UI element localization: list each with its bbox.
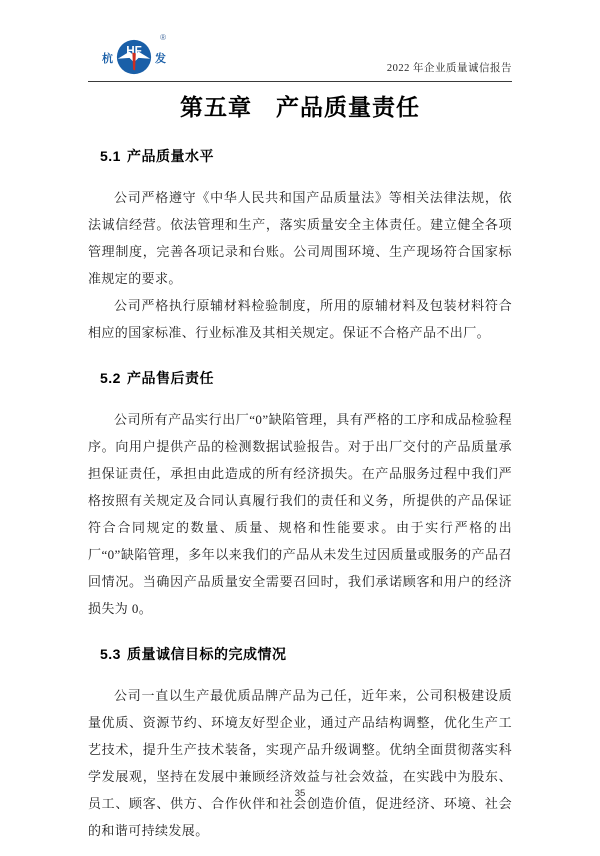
chapter-title: 第五章 产品质量责任 [88, 92, 512, 124]
section-title: 产品售后责任 [127, 370, 214, 386]
section-5-3: 5.3质量诚信目标的完成情况 公司一直以生产最优质品牌产品为己任，近年来，公司积… [88, 644, 512, 844]
paragraph: 公司所有产品实行出厂“0”缺陷管理，具有严格的工序和成品检验程序。向用户提供产品… [88, 406, 512, 622]
section-5-1-body: 公司严格遵守《中华人民共和国产品质量法》等相关法律法规，依法诚信经营。依法管理和… [88, 184, 512, 346]
section-title: 质量诚信目标的完成情况 [127, 646, 287, 662]
section-5-2-heading: 5.2产品售后责任 [100, 368, 512, 388]
report-title: 2022 年企业质量诚信报告 [387, 60, 512, 77]
company-logo: 杭 HF ® 发 [102, 39, 166, 77]
section-number: 5.2 [100, 370, 121, 386]
paragraph: 公司严格执行原辅材料检验制度，所用的原辅材料及包装材料符合相应的国家标准、行业标… [88, 292, 512, 346]
section-5-2: 5.2产品售后责任 公司所有产品实行出厂“0”缺陷管理，具有严格的工序和成品检验… [88, 368, 512, 622]
section-number: 5.3 [100, 646, 121, 662]
hf-emblem-icon: HF ® [116, 39, 152, 77]
logo-left-char: 杭 [102, 50, 113, 66]
section-5-2-body: 公司所有产品实行出厂“0”缺陷管理，具有严格的工序和成品检验程序。向用户提供产品… [88, 406, 512, 622]
section-number: 5.1 [100, 148, 121, 164]
section-5-3-heading: 5.3质量诚信目标的完成情况 [100, 644, 512, 664]
registered-mark: ® [160, 33, 166, 42]
section-5-1-heading: 5.1产品质量水平 [100, 146, 512, 166]
page-header: 杭 HF ® 发 2022 年企业质量诚信报告 [88, 0, 512, 82]
report-page: 杭 HF ® 发 2022 年企业质量诚信报告 第五章 产品质量责任 5.1产品… [0, 0, 600, 856]
hf-emblem-svg: HF [116, 39, 152, 75]
section-5-1: 5.1产品质量水平 公司严格遵守《中华人民共和国产品质量法》等相关法律法规，依法… [88, 146, 512, 346]
logo-right-char: 发 [155, 50, 166, 66]
paragraph: 公司严格遵守《中华人民共和国产品质量法》等相关法律法规，依法诚信经营。依法管理和… [88, 184, 512, 292]
paragraph: 公司一直以生产最优质品牌产品为己任，近年来，公司积极建设质量优质、资源节约、环境… [88, 682, 512, 844]
page-number: 35 [0, 788, 600, 799]
section-5-3-body: 公司一直以生产最优质品牌产品为己任，近年来，公司积极建设质量优质、资源节约、环境… [88, 682, 512, 844]
section-title: 产品质量水平 [127, 148, 214, 164]
